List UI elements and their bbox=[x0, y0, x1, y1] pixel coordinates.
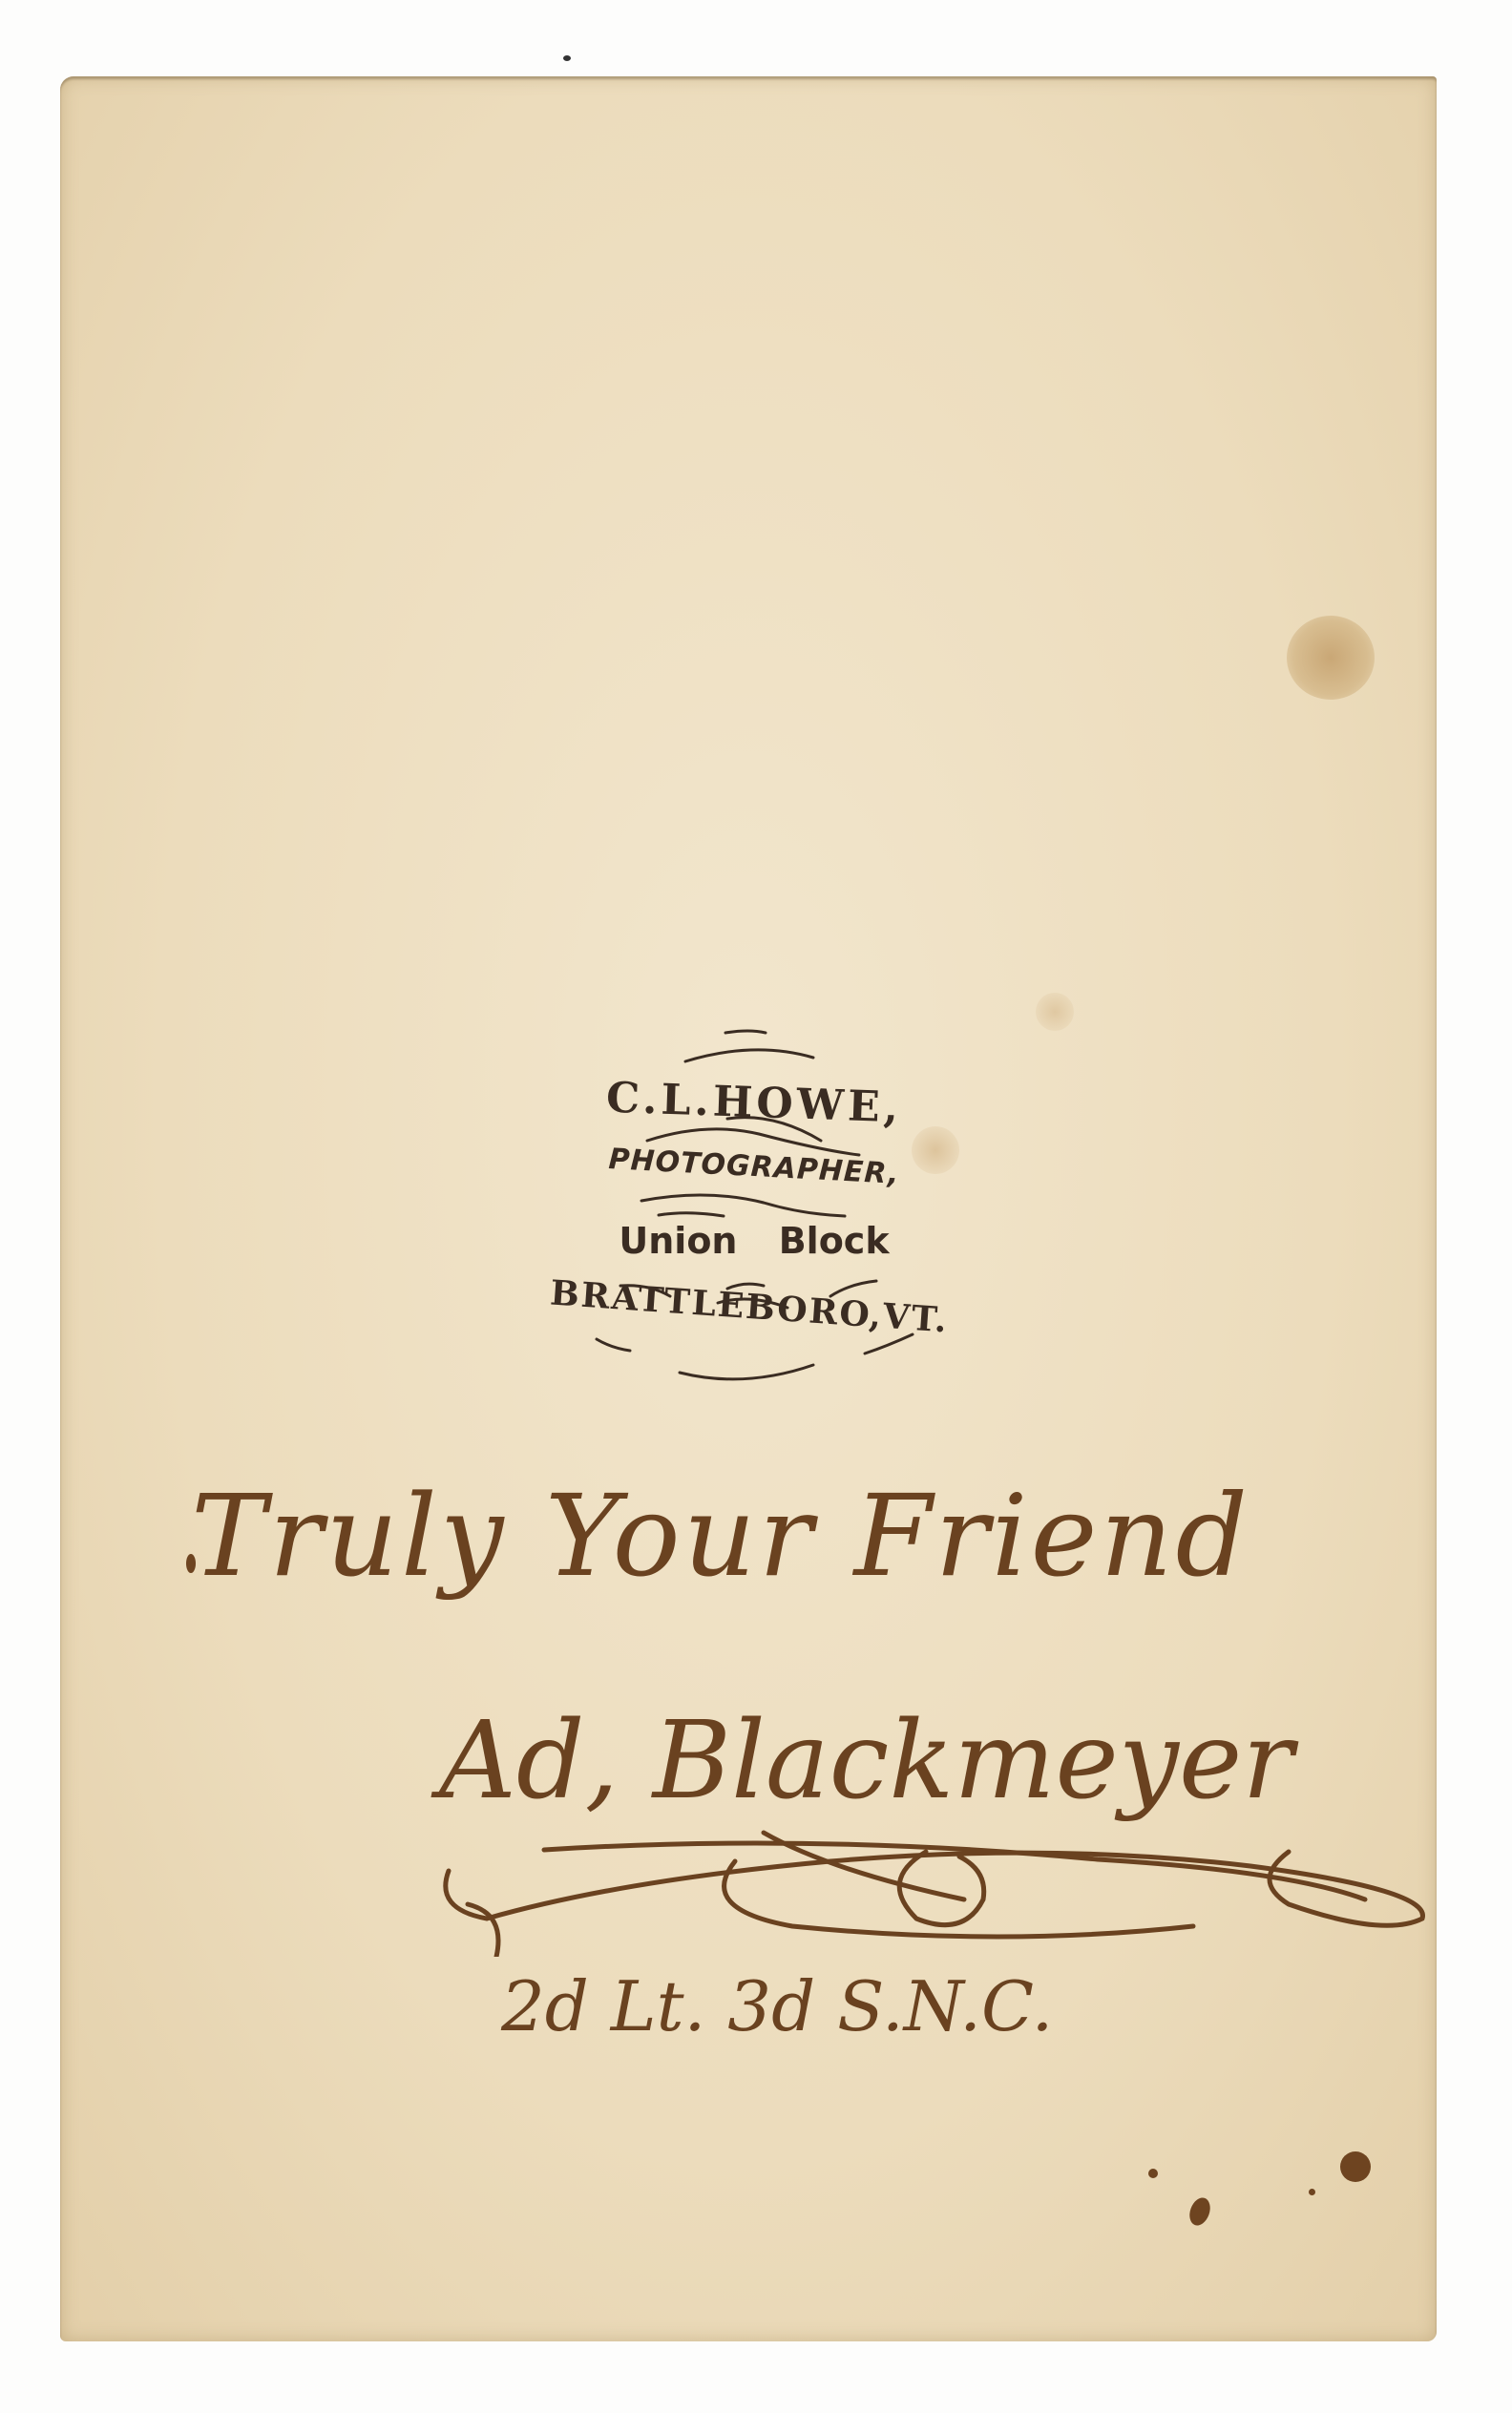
foxing-stain bbox=[1287, 616, 1375, 700]
handwritten-rank-unit: 2d Lt. 3d S.N.C. bbox=[501, 1966, 1053, 2046]
stamp-address: Union Block bbox=[554, 1220, 955, 1262]
handwritten-salutation: Truly Your Friend bbox=[191, 1470, 1250, 1602]
handwritten-signature: Ad, Blackmeyer bbox=[439, 1699, 1293, 1823]
foxing-stain bbox=[1036, 993, 1074, 1031]
signature-flourish bbox=[430, 1814, 1441, 1957]
dust-speck bbox=[563, 55, 571, 61]
photographer-stamp: C.L.HOWE, PHOTOGRAPHER, Union Block BRAT… bbox=[515, 1012, 1012, 1394]
ink-spot bbox=[1309, 2189, 1315, 2195]
ink-spot bbox=[1148, 2169, 1158, 2178]
ink-spot bbox=[1340, 2151, 1371, 2182]
